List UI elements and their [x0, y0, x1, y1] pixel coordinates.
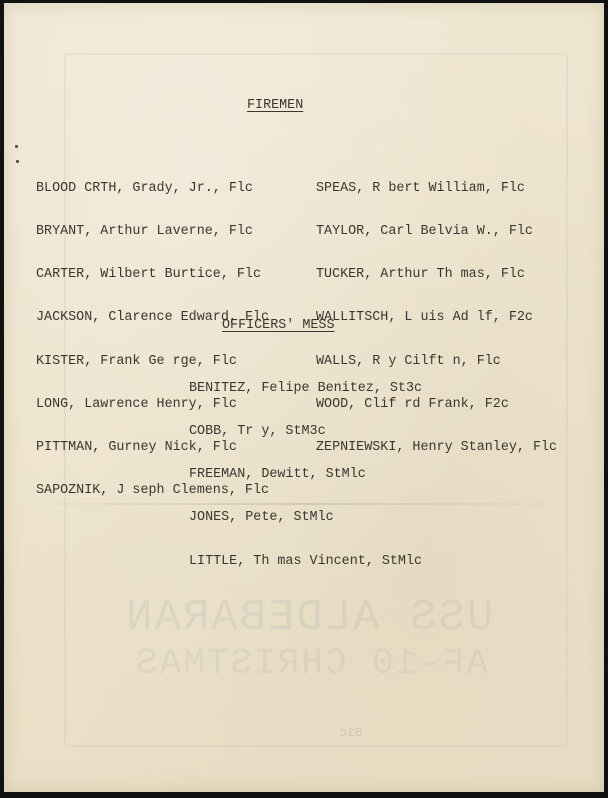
list-item: WALLITSCH, L uis Ad lf, F2c: [316, 311, 557, 325]
list-item: TUCKER, Arthur Th mas, Flc: [316, 268, 557, 282]
officers-mess-list: BENITEZ, Felipe Benitez, St3c COBB, Tr y…: [189, 353, 422, 598]
list-item: CARTER, Wilbert Burtice, Flc: [36, 268, 269, 282]
list-item: TAYLOR, Carl Belvia W., Flc: [316, 225, 557, 239]
list-item: LITTLE, Th mas Vincent, StMlc: [189, 555, 422, 569]
margin-mark: [16, 160, 19, 163]
list-item: FREEMAN, Dewitt, StMlc: [189, 468, 422, 482]
section-heading-firemen: FIREMEN: [247, 99, 303, 113]
bleed-through-title: USS ALDEBARAN: [124, 593, 493, 643]
list-item: COBB, Tr y, StM3c: [189, 425, 422, 439]
scan-frame: USS ALDEBARAN AF-10 CHRISTMAS 81c FIREME…: [0, 0, 608, 798]
margin-mark: [15, 145, 18, 148]
bleed-through-footer: 81c: [339, 725, 362, 740]
bleed-through-subtitle: AF-10 CHRISTMAS: [134, 643, 488, 684]
document-page: USS ALDEBARAN AF-10 CHRISTMAS 81c FIREME…: [4, 3, 604, 792]
section-heading-officers-mess: OFFICERS' MESS: [222, 319, 335, 333]
list-item: SPEAS, R bert William, Flc: [316, 182, 557, 196]
list-item: JONES, Pete, StMlc: [189, 511, 422, 525]
list-item: BENITEZ, Felipe Benitez, St3c: [189, 382, 422, 396]
list-item: BRYANT, Arthur Laverne, Flc: [36, 225, 269, 239]
list-item: BLOOD CRTH, Grady, Jr., Flc: [36, 182, 269, 196]
